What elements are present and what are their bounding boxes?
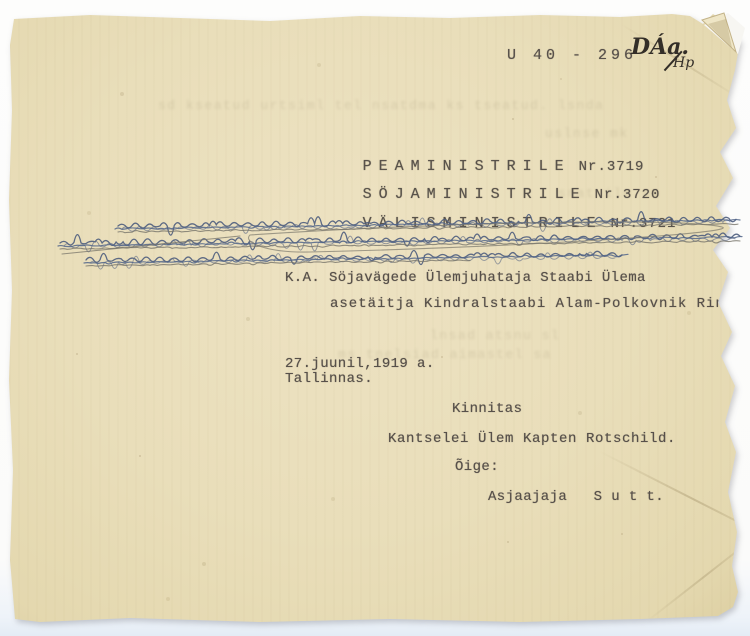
recipient-line-valisministrile: VÄLISMINISTRILENr.3721 xyxy=(305,196,676,250)
sender-line-2: asetäitja Kindralstaabi Alam-Polkovnik R… xyxy=(330,296,744,312)
paper-speckles xyxy=(0,0,2,2)
recipient-number: Nr.3721 xyxy=(611,216,677,232)
handwritten-registry-mark-sub: Hp xyxy=(673,55,694,71)
bleed-through-line: sd kseatud urtsiml tel nsatdma ks tseatu… xyxy=(158,98,604,113)
clerk-line: Asjaajaja S u t t. xyxy=(488,489,664,505)
place-line: Tallinnas. xyxy=(285,371,373,387)
recipient-name: VÄLISMINISTRILE xyxy=(363,215,603,232)
sender-line-1: K.A. Söjavägede Ülemjuhataja Staabi Ülem… xyxy=(285,270,646,286)
paper-shadow: sd kseatud urtsiml tel nsatdma ks tseatu… xyxy=(0,0,750,636)
date-line: 27.juunil,1919 a. xyxy=(285,356,435,372)
certifier-line: Kantselei Ülem Kapten Rotschild. xyxy=(388,431,676,447)
paper-crease xyxy=(645,529,750,623)
scanned-document-page: { "document": { "reference_number": "U 4… xyxy=(0,0,750,636)
paper-sheet: sd kseatud urtsiml tel nsatdma ks tseatu… xyxy=(0,0,750,636)
bleed-through-line: lnsad atsnu sl xyxy=(430,328,560,343)
reference-number: U 40 - 296 xyxy=(507,47,637,64)
true-copy-label: Õige: xyxy=(455,459,499,475)
certify-label: Kinnitas xyxy=(452,401,522,417)
